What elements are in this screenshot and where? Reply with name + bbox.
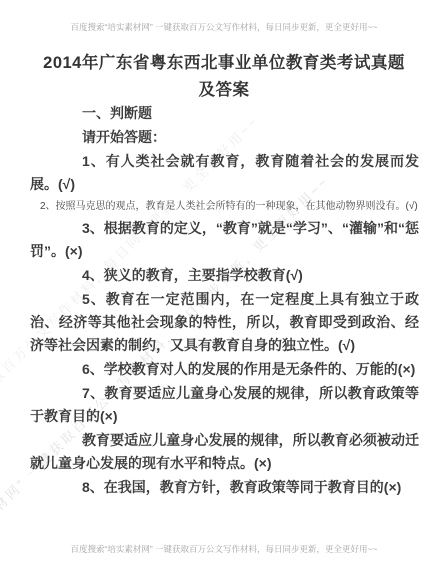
question-paragraph-5: 5、教育在一定范围内，在一定程度上具有独立于政治、经济等其他社会现象的特性，所以… [30, 288, 419, 357]
document-title: 2014年广东省粤东西北事业单位教育类考试真题及答案 [36, 50, 412, 104]
footer-promo-note: 百度搜索“培实素材网” 一键获取百万公文写作材料，每日同步更新，更全更好用~~ [0, 543, 448, 555]
question-paragraph-6: 6、学校教育对人的发展的作用是无条件的、万能的(×) [30, 358, 419, 381]
question-paragraph-8: 8、在我国，教育方针，教育政策等同于教育目的(×) [30, 476, 419, 499]
section-heading: 一、判断题 [30, 102, 419, 125]
document-page: “培实素材网” 一键获取百万公文写作材料，每日同步更新，更全更好用~~ “培实素… [0, 0, 448, 580]
question-paragraph-3: 3、根据教育的定义，“教育”就是“学习”、“灌输”和“惩罚”。(×) [30, 217, 419, 263]
header-promo-note: 百度搜索“培实素材网” 一键获取百万公文写作材料，每日同步更新，更全更好用~~ [0, 21, 448, 33]
question-paragraph-2: 2、按照马克思的观点，教育是人类社会所特有的一种现象，在其他动物界则没有。(√) [30, 197, 419, 216]
intro-line: 请开始答题： [30, 126, 419, 149]
question-paragraph-7: 7、教育要适应儿童身心发展的规律，所以教育政策等于教育目的(×) [30, 382, 419, 428]
question-paragraph-4: 4、狭义的教育，主要指学校教育(√) [30, 264, 419, 287]
question-paragraph-7-supplement: 教育要适应儿童身心发展的规律，所以教育必须被动迁就儿童身心发展的现有水平和特点。… [30, 429, 419, 475]
question-paragraph-1: 1、有人类社会就有教育，教育随着社会的发展而发展。(√) [30, 150, 419, 196]
document-body: 一、判断题 请开始答题： 1、有人类社会就有教育，教育随着社会的发展而发展。(√… [30, 102, 419, 500]
